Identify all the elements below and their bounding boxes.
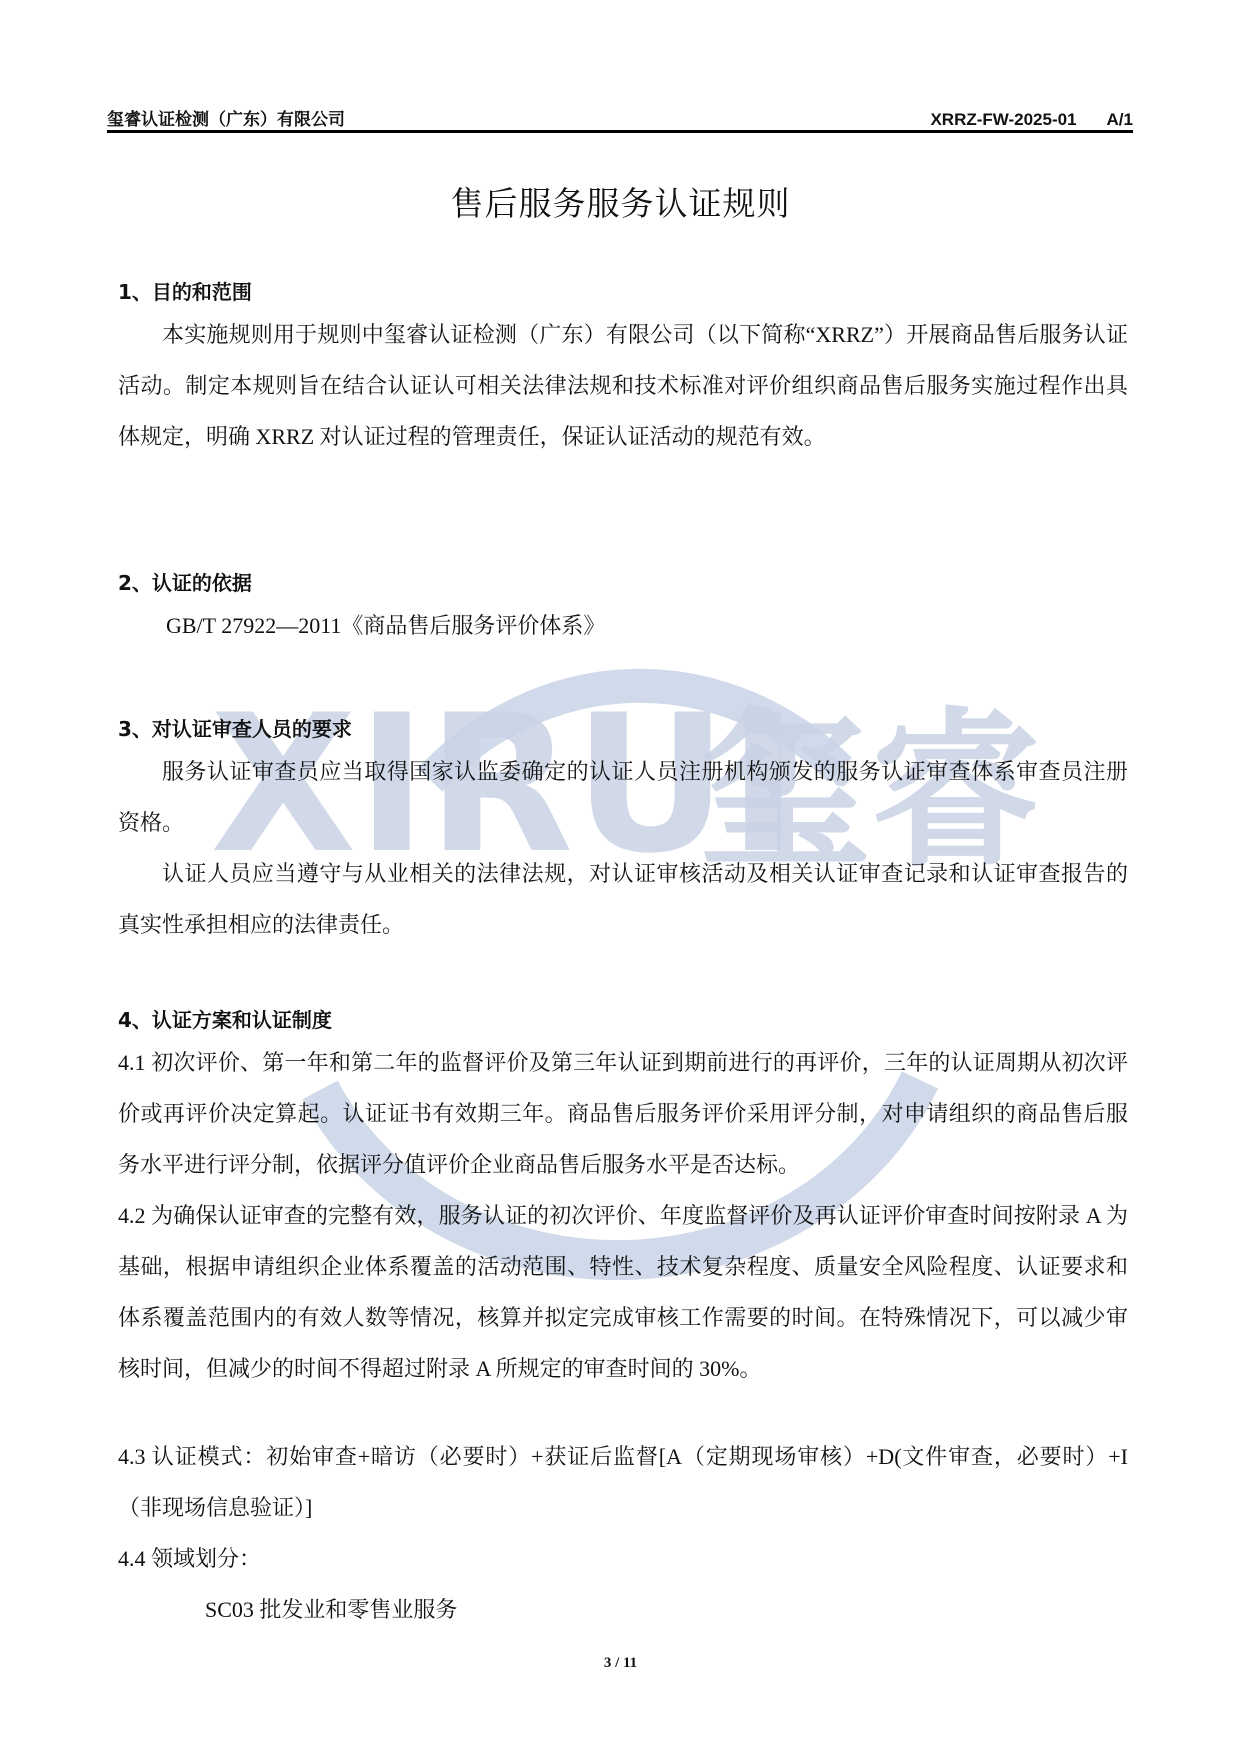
document-version: A/1 xyxy=(1107,110,1133,130)
section-heading-2: 2、认证的依据 xyxy=(118,567,252,596)
company-name: 玺睿认证检测（广东）有限公司 xyxy=(107,105,345,130)
page-header: 玺睿认证检测（广东）有限公司 XRRZ-FW-2025-01 A/1 xyxy=(107,100,1133,130)
section-heading-3: 3、对认证审查人员的要求 xyxy=(118,713,352,742)
clause-4-4: 4.4 领域划分： xyxy=(118,1533,1128,1584)
clause-4-1: 4.1 初次评价、第一年和第二年的监督评价及第三年认证到期前进行的再评价，三年的… xyxy=(118,1037,1128,1190)
clause-4-3: 4.3 认证模式：初始审查+暗访（必要时）+获证后监督[A（定期现场审核）+D(… xyxy=(118,1431,1128,1533)
section-1-paragraph: 本实施规则用于规则中玺睿认证检测（广东）有限公司（以下简称“XRRZ”）开展商品… xyxy=(118,309,1128,462)
document-page: 玺睿认证检测（广东）有限公司 XRRZ-FW-2025-01 A/1 售后服务服… xyxy=(0,0,1241,1754)
header-meta: XRRZ-FW-2025-01 A/1 xyxy=(930,110,1133,130)
header-divider xyxy=(107,130,1133,133)
page-number: 3 / 11 xyxy=(0,1655,1241,1672)
section-heading-4: 4、认证方案和认证制度 xyxy=(118,1004,332,1033)
section-3-paragraph-2: 认证人员应当遵守与从业相关的法律法规，对认证审核活动及相关认证审查记录和认证审查… xyxy=(118,848,1128,950)
document-title: 售后服务服务认证规则 xyxy=(0,178,1241,225)
section-2-standard: GB/T 27922—2011《商品售后服务评价体系》 xyxy=(166,600,1126,651)
clause-4-2: 4.2 为确保认证审查的完整有效，服务认证的初次评价、年度监督评价及再认证评价审… xyxy=(118,1190,1128,1394)
section-3-paragraph-1: 服务认证审查员应当取得国家认监委确定的认证人员注册机构颁发的服务认证审查体系审查… xyxy=(118,746,1128,848)
section-heading-1: 1、目的和范围 xyxy=(118,276,252,305)
domain-item: SC03 批发业和零售业服务 xyxy=(205,1584,1105,1635)
document-code: XRRZ-FW-2025-01 xyxy=(930,110,1076,130)
